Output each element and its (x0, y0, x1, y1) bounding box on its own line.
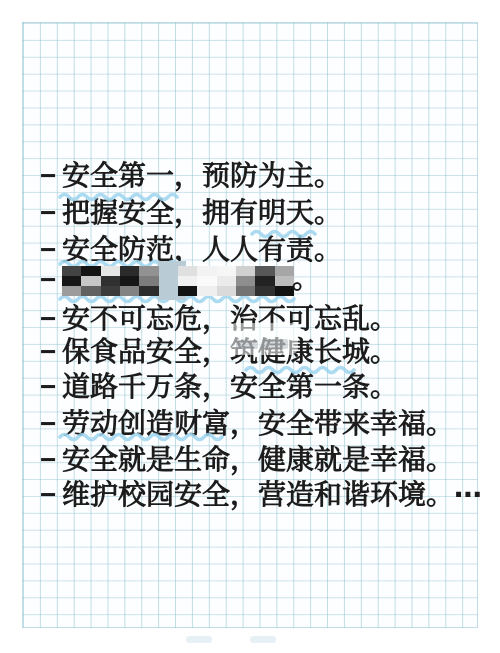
dash-bullet: − (40, 445, 62, 475)
wavy-underline (58, 190, 174, 204)
slogan-line: − 安全第一，预防为主。 (40, 161, 342, 191)
watermark-smudge (236, 340, 258, 349)
bottom-ghost-mark (186, 636, 212, 643)
bottom-ghost-mark (250, 636, 276, 643)
wavy-underline (250, 227, 312, 241)
dash-bullet: − (40, 480, 62, 510)
slogan-line: − 安全就是生命，健康就是幸福。 (40, 445, 454, 475)
dash-bullet: − (40, 372, 62, 402)
slogan-line: − 安不可忘危，治不可忘乱。 (40, 304, 398, 334)
wavy-underline (244, 363, 358, 377)
faint-watermark (228, 323, 298, 355)
dash-bullet: − (40, 337, 62, 367)
censored-line-period: 。 (292, 264, 320, 294)
slogan-text: 维护校园安全，营造和谐环境。⋯ (62, 480, 482, 510)
slogan-text: 安全第一，预防为主。 (62, 161, 342, 191)
dash-bullet: − (40, 161, 62, 191)
watermark-smudge (262, 339, 288, 349)
wavy-underline (58, 430, 224, 444)
dash-bullet: − (40, 304, 62, 334)
screenshot-stage: − 安全第一，预防为主。 − 把握安全，拥有明天。 − 安全防范，人人有责。 −… (0, 0, 500, 653)
slogan-line: − 维护校园安全，营造和谐环境。⋯ (40, 480, 482, 510)
censored-mosaic (62, 266, 294, 296)
slogan-text: 安全就是生命，健康就是幸福。 (62, 445, 454, 475)
